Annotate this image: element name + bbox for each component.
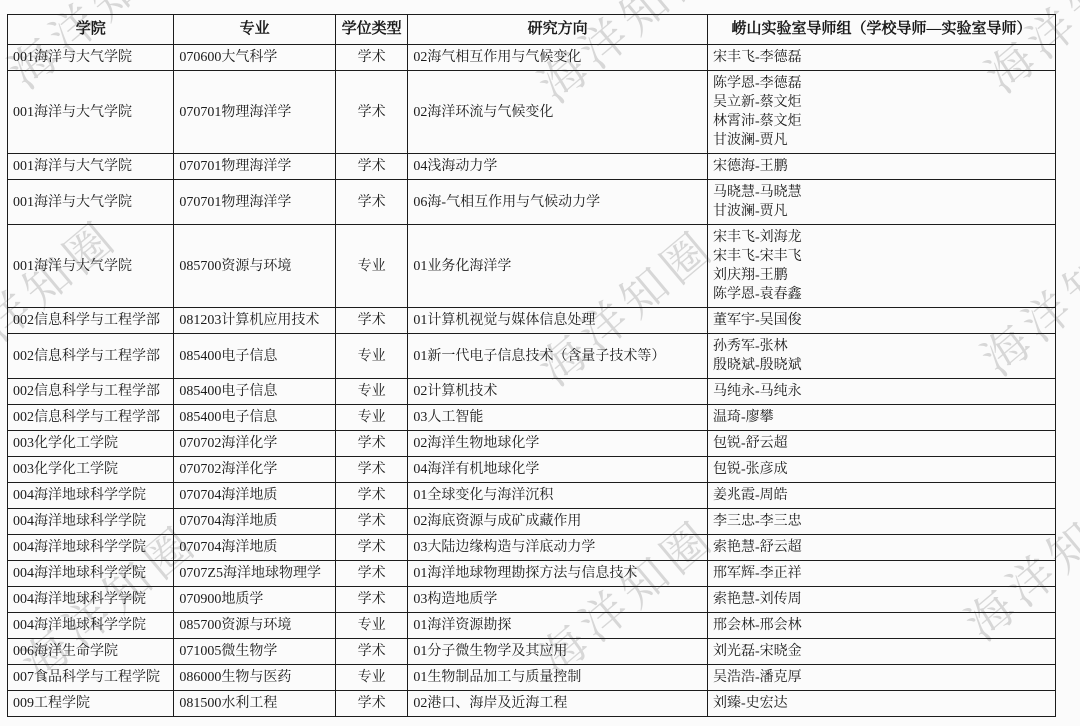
- table-row: 001海洋与大气学院 070701物理海洋学 学术 02海洋环流与气候变化 陈学…: [8, 71, 1056, 154]
- header-research-direction: 研究方向: [408, 15, 708, 45]
- header-degree-type: 学位类型: [335, 15, 408, 45]
- mentor-group-cell: 邢会林-邢会林: [707, 613, 1055, 639]
- research-direction-cell: 03大陆边缘构造与洋底动力学: [408, 535, 708, 561]
- degree-type-cell: 专业: [335, 379, 408, 405]
- mentor-group-cell: 陈学恩-李德磊 吴立新-蔡文炬 林霄沛-蔡文炬 甘波澜-贾凡: [707, 71, 1055, 154]
- mentor-group-cell: 刘光磊-宋晓金: [707, 639, 1055, 665]
- mentor-group-cell: 索艳慧-刘传周: [707, 587, 1055, 613]
- degree-type-cell: 专业: [335, 334, 408, 379]
- research-direction-cell: 02计算机技术: [408, 379, 708, 405]
- college-cell: 001海洋与大气学院: [8, 45, 174, 71]
- major-cell: 085400电子信息: [174, 379, 335, 405]
- major-cell: 085400电子信息: [174, 334, 335, 379]
- degree-type-cell: 学术: [335, 154, 408, 180]
- degree-type-cell: 学术: [335, 509, 408, 535]
- mentor-group-cell: 董军宇-吴国俊: [707, 308, 1055, 334]
- college-cell: 001海洋与大气学院: [8, 71, 174, 154]
- degree-type-cell: 学术: [335, 457, 408, 483]
- research-direction-cell: 01业务化海洋学: [408, 225, 708, 308]
- research-direction-cell: 06海-气相互作用与气候动力学: [408, 180, 708, 225]
- college-cell: 001海洋与大气学院: [8, 180, 174, 225]
- major-cell: 086000生物与医药: [174, 665, 335, 691]
- table-row: 002信息科学与工程学部 085400电子信息 专业 03人工智能 温琦-廖攀: [8, 405, 1056, 431]
- college-cell: 004海洋地球科学学院: [8, 561, 174, 587]
- header-mentor-group: 崂山实验室导师组（学校导师—实验室导师）: [707, 15, 1055, 45]
- degree-type-cell: 学术: [335, 431, 408, 457]
- major-cell: 070702海洋化学: [174, 431, 335, 457]
- research-direction-cell: 01分子微生物学及其应用: [408, 639, 708, 665]
- degree-type-cell: 专业: [335, 665, 408, 691]
- research-direction-cell: 01全球变化与海洋沉积: [408, 483, 708, 509]
- degree-type-cell: 专业: [335, 613, 408, 639]
- major-cell: 070900地质学: [174, 587, 335, 613]
- table-row: 003化学化工学院 070702海洋化学 学术 02海洋生物地球化学 包锐-舒云…: [8, 431, 1056, 457]
- mentor-group-cell: 温琦-廖攀: [707, 405, 1055, 431]
- college-cell: 001海洋与大气学院: [8, 154, 174, 180]
- mentor-group-cell: 宋德海-王鹏: [707, 154, 1055, 180]
- research-direction-cell: 01计算机视觉与媒体信息处理: [408, 308, 708, 334]
- table-header-row: 学院 专业 学位类型 研究方向 崂山实验室导师组（学校导师—实验室导师）: [8, 15, 1056, 45]
- research-direction-cell: 02港口、海岸及近海工程: [408, 691, 708, 717]
- major-cell: 070600大气科学: [174, 45, 335, 71]
- table-row: 001海洋与大气学院 070600大气科学 学术 02海气相互作用与气候变化 宋…: [8, 45, 1056, 71]
- research-direction-cell: 02海气相互作用与气候变化: [408, 45, 708, 71]
- degree-type-cell: 学术: [335, 308, 408, 334]
- table-row: 004海洋地球科学学院 070704海洋地质 学术 03大陆边缘构造与洋底动力学…: [8, 535, 1056, 561]
- degree-type-cell: 学术: [335, 180, 408, 225]
- mentor-group-cell: 姜兆霞-周皓: [707, 483, 1055, 509]
- research-direction-cell: 02海洋生物地球化学: [408, 431, 708, 457]
- mentor-group-cell: 索艳慧-舒云超: [707, 535, 1055, 561]
- research-direction-cell: 01海洋地球物理勘探方法与信息技术: [408, 561, 708, 587]
- document-page: 海洋知圈 海洋知圈 海洋知圈 海洋知圈 海洋知圈 海洋知圈 海洋知圈 海洋知圈 …: [0, 0, 1080, 726]
- research-direction-cell: 04海洋有机地球化学: [408, 457, 708, 483]
- research-direction-cell: 01海洋资源勘探: [408, 613, 708, 639]
- degree-type-cell: 学术: [335, 71, 408, 154]
- research-direction-cell: 01生物制品加工与质量控制: [408, 665, 708, 691]
- college-cell: 004海洋地球科学学院: [8, 509, 174, 535]
- major-cell: 085700资源与环境: [174, 225, 335, 308]
- college-cell: 004海洋地球科学学院: [8, 483, 174, 509]
- college-cell: 001海洋与大气学院: [8, 225, 174, 308]
- college-cell: 002信息科学与工程学部: [8, 334, 174, 379]
- college-cell: 006海洋生命学院: [8, 639, 174, 665]
- major-cell: 070704海洋地质: [174, 509, 335, 535]
- table-row: 002信息科学与工程学部 085400电子信息 专业 01新一代电子信息技术（含…: [8, 334, 1056, 379]
- mentor-group-cell: 李三忠-李三忠: [707, 509, 1055, 535]
- mentor-group-cell: 孙秀军-张林 殷晓斌-殷晓斌: [707, 334, 1055, 379]
- degree-type-cell: 学术: [335, 587, 408, 613]
- college-cell: 002信息科学与工程学部: [8, 308, 174, 334]
- header-college: 学院: [8, 15, 174, 45]
- college-cell: 003化学化工学院: [8, 457, 174, 483]
- college-cell: 002信息科学与工程学部: [8, 405, 174, 431]
- research-direction-cell: 01新一代电子信息技术（含量子技术等）: [408, 334, 708, 379]
- research-direction-cell: 04浅海动力学: [408, 154, 708, 180]
- degree-type-cell: 专业: [335, 225, 408, 308]
- college-cell: 004海洋地球科学学院: [8, 535, 174, 561]
- mentor-group-cell: 包锐-舒云超: [707, 431, 1055, 457]
- major-cell: 070702海洋化学: [174, 457, 335, 483]
- table-row: 004海洋地球科学学院 070900地质学 学术 03构造地质学 索艳慧-刘传周: [8, 587, 1056, 613]
- research-direction-cell: 03构造地质学: [408, 587, 708, 613]
- mentor-group-cell: 包锐-张彦成: [707, 457, 1055, 483]
- degree-type-cell: 学术: [335, 483, 408, 509]
- major-cell: 070704海洋地质: [174, 535, 335, 561]
- degree-type-cell: 学术: [335, 45, 408, 71]
- mentor-group-cell: 宋丰飞-李德磊: [707, 45, 1055, 71]
- table-row: 004海洋地球科学学院 070704海洋地质 学术 02海底资源与成矿成藏作用 …: [8, 509, 1056, 535]
- degree-type-cell: 专业: [335, 405, 408, 431]
- major-cell: 070701物理海洋学: [174, 154, 335, 180]
- table-row: 009工程学院 081500水利工程 学术 02港口、海岸及近海工程 刘臻-史宏…: [8, 691, 1056, 717]
- major-cell: 085700资源与环境: [174, 613, 335, 639]
- mentor-group-cell: 马纯永-马纯永: [707, 379, 1055, 405]
- major-cell: 070701物理海洋学: [174, 71, 335, 154]
- mentor-group-cell: 马晓慧-马晓慧 甘波澜-贾凡: [707, 180, 1055, 225]
- table-row: 004海洋地球科学学院 085700资源与环境 专业 01海洋资源勘探 邢会林-…: [8, 613, 1056, 639]
- mentor-group-cell: 宋丰飞-刘海龙 宋丰飞-宋丰飞 刘庆翔-王鹏 陈学恩-袁春鑫: [707, 225, 1055, 308]
- mentor-group-cell: 吴浩浩-潘克厚: [707, 665, 1055, 691]
- degree-type-cell: 学术: [335, 639, 408, 665]
- table-row: 006海洋生命学院 071005微生物学 学术 01分子微生物学及其应用 刘光磊…: [8, 639, 1056, 665]
- table-row: 001海洋与大气学院 070701物理海洋学 学术 06海-气相互作用与气候动力…: [8, 180, 1056, 225]
- research-direction-cell: 02海洋环流与气候变化: [408, 71, 708, 154]
- college-cell: 007食品科学与工程学院: [8, 665, 174, 691]
- mentor-group-cell: 刘臻-史宏达: [707, 691, 1055, 717]
- table-row: 004海洋地球科学学院 0707Z5海洋地球物理学 学术 01海洋地球物理勘探方…: [8, 561, 1056, 587]
- college-cell: 004海洋地球科学学院: [8, 587, 174, 613]
- major-cell: 085400电子信息: [174, 405, 335, 431]
- degree-type-cell: 学术: [335, 691, 408, 717]
- degree-type-cell: 学术: [335, 561, 408, 587]
- college-cell: 003化学化工学院: [8, 431, 174, 457]
- college-cell: 004海洋地球科学学院: [8, 613, 174, 639]
- degree-type-cell: 学术: [335, 535, 408, 561]
- major-cell: 081500水利工程: [174, 691, 335, 717]
- major-cell: 071005微生物学: [174, 639, 335, 665]
- major-cell: 070704海洋地质: [174, 483, 335, 509]
- table-row: 001海洋与大气学院 085700资源与环境 专业 01业务化海洋学 宋丰飞-刘…: [8, 225, 1056, 308]
- mentor-assignment-table: 学院 专业 学位类型 研究方向 崂山实验室导师组（学校导师—实验室导师） 001…: [7, 14, 1056, 717]
- table-row: 001海洋与大气学院 070701物理海洋学 学术 04浅海动力学 宋德海-王鹏: [8, 154, 1056, 180]
- major-cell: 081203计算机应用技术: [174, 308, 335, 334]
- table-row: 002信息科学与工程学部 081203计算机应用技术 学术 01计算机视觉与媒体…: [8, 308, 1056, 334]
- research-direction-cell: 03人工智能: [408, 405, 708, 431]
- mentor-group-cell: 邢军辉-李正祥: [707, 561, 1055, 587]
- header-major: 专业: [174, 15, 335, 45]
- table-row: 007食品科学与工程学院 086000生物与医药 专业 01生物制品加工与质量控…: [8, 665, 1056, 691]
- table-row: 004海洋地球科学学院 070704海洋地质 学术 01全球变化与海洋沉积 姜兆…: [8, 483, 1056, 509]
- college-cell: 002信息科学与工程学部: [8, 379, 174, 405]
- major-cell: 070701物理海洋学: [174, 180, 335, 225]
- table-row: 002信息科学与工程学部 085400电子信息 专业 02计算机技术 马纯永-马…: [8, 379, 1056, 405]
- major-cell: 0707Z5海洋地球物理学: [174, 561, 335, 587]
- research-direction-cell: 02海底资源与成矿成藏作用: [408, 509, 708, 535]
- table-row: 003化学化工学院 070702海洋化学 学术 04海洋有机地球化学 包锐-张彦…: [8, 457, 1056, 483]
- college-cell: 009工程学院: [8, 691, 174, 717]
